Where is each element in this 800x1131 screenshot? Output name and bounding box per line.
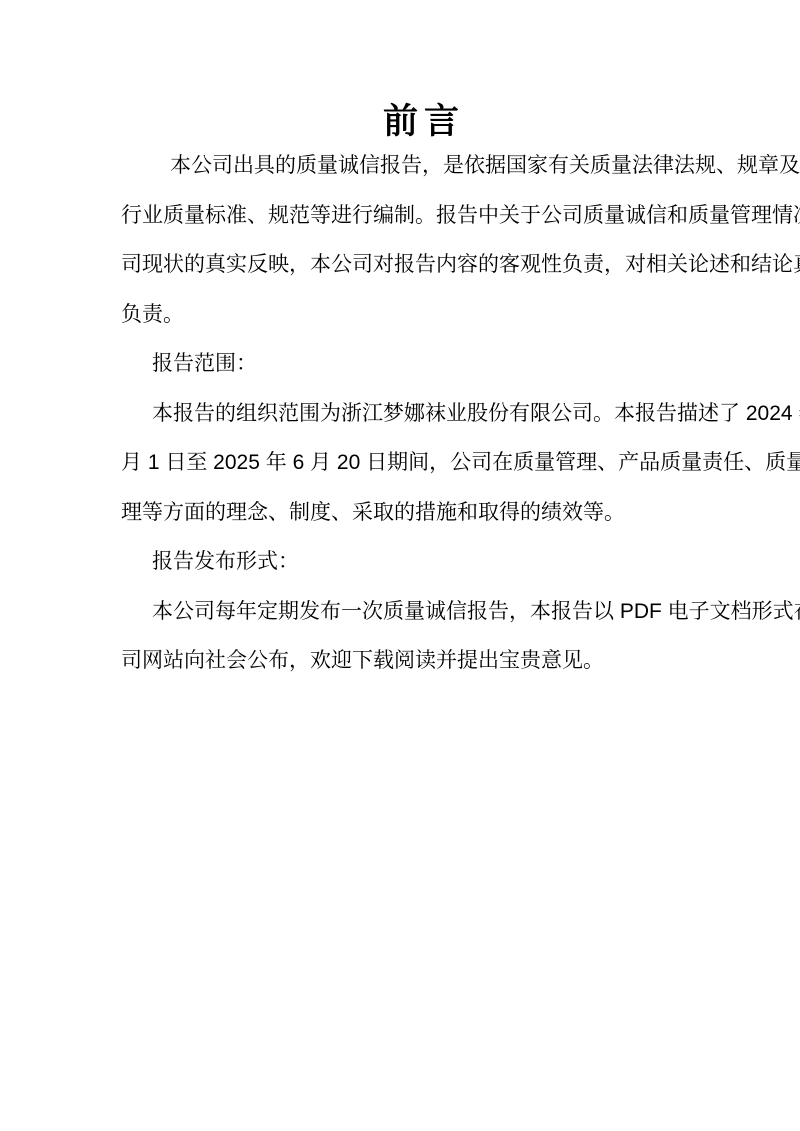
- paragraph-publish-label: 报告发布形式：: [121, 537, 683, 587]
- body-line: 司网站向社会公布，欢迎下载阅读并提出宝贵意见。: [121, 636, 683, 686]
- paragraph-intro: 本公司出具的质量诚信报告，是依据国家有关质量法律法规、规章及相关 行业质量标准、…: [121, 141, 683, 339]
- body-line: 司现状的真实反映，本公司对报告内容的客观性负责，对相关论述和结论真实性: [121, 240, 683, 290]
- body-line: 理等方面的理念、制度、采取的措施和取得的绩效等。: [121, 488, 683, 538]
- document-page: 前言 本公司出具的质量诚信报告，是依据国家有关质量法律法规、规章及相关 行业质量…: [0, 0, 800, 1131]
- section-label: 报告范围：: [121, 339, 683, 389]
- section-label: 报告发布形式：: [121, 537, 683, 587]
- paragraph-publish: 本公司每年定期发布一次质量诚信报告，本报告以 PDF 电子文档形式在本公 司网站…: [121, 587, 683, 686]
- body-line: 月 1 日至 2025 年 6 月 20 日期间，公司在质量管理、产品质量责任、…: [121, 438, 683, 488]
- paragraph-scope-label: 报告范围：: [121, 339, 683, 389]
- paragraph-scope: 本报告的组织范围为浙江梦娜袜业股份有限公司。本报告描述了 2024 年 1 月 …: [121, 389, 683, 538]
- document-body: 本公司出具的质量诚信报告，是依据国家有关质量法律法规、规章及相关 行业质量标准、…: [121, 141, 683, 686]
- page-title: 前言: [24, 94, 800, 144]
- body-line: 本报告的组织范围为浙江梦娜袜业股份有限公司。本报告描述了 2024 年 1: [121, 389, 683, 439]
- body-line: 负责。: [121, 290, 683, 340]
- body-line: 本公司出具的质量诚信报告，是依据国家有关质量法律法规、规章及相关: [121, 141, 683, 191]
- body-line: 本公司每年定期发布一次质量诚信报告，本报告以 PDF 电子文档形式在本公: [121, 587, 683, 637]
- body-line: 行业质量标准、规范等进行编制。报告中关于公司质量诚信和质量管理情况是公: [121, 191, 683, 241]
